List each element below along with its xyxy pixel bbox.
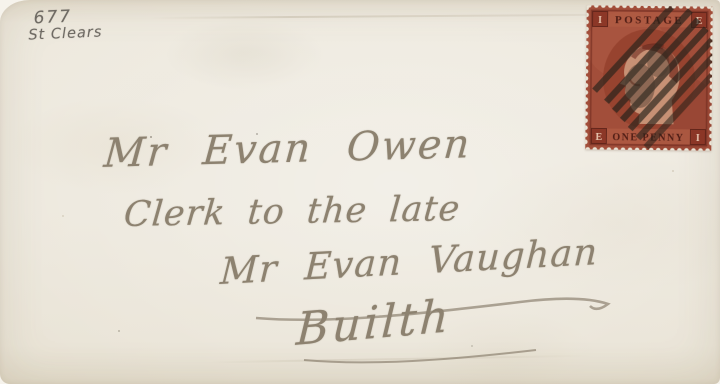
address-line-recipient: Mr Evan Owen — [102, 121, 473, 177]
ink-specks — [0, 0, 2, 2]
stamp-corner-letter-bottom-right: I — [696, 133, 700, 144]
stamp-corner-letter-bottom-left: E — [595, 132, 602, 143]
address-line-title: Clerk to the late — [122, 189, 462, 235]
pencil-annotation-place: St Clears — [28, 25, 103, 44]
postage-stamp: POSTAGE ONE PENNY I E E I — [585, 5, 713, 150]
envelope-photo: 677 St Clears Mr Evan Owen Clerk to the … — [0, 0, 720, 384]
stamp-graphic: POSTAGE ONE PENNY I E E I — [585, 5, 713, 150]
pencil-annotation: 677 St Clears — [27, 6, 102, 44]
stamp-corner-letter-top-left: I — [598, 15, 602, 26]
